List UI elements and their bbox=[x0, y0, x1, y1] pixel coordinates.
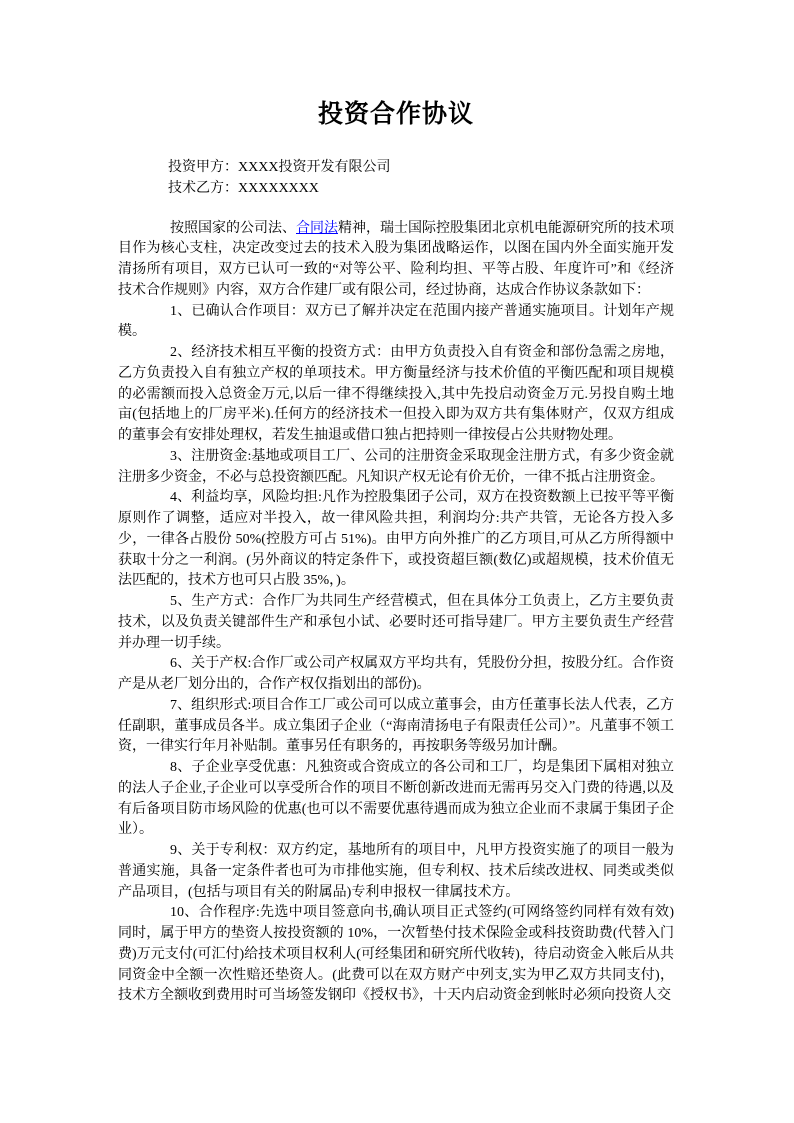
party-a-line: 投资甲方：XXXX投资开发有限公司 bbox=[168, 158, 674, 179]
clause-2-paragraph: 2、经济技术相互平衡的投资方式：由甲方负责投入自有资金和部份急需之房地，乙方负责… bbox=[118, 343, 674, 447]
intro-paragraph: 按照国家的公司法、合同法精神，瑞士国际控股集团北京机电能源研究所的技术项目作为核… bbox=[118, 219, 674, 302]
party-b-line: 技术乙方：XXXXXXXX bbox=[168, 179, 674, 200]
clause-7-paragraph: 7、组织形式:项目合作工厂或公司可以成立董事会，由方任董事长法人代表，乙方任副职… bbox=[118, 696, 674, 758]
clause-9-paragraph: 9、关于专利权：双方约定，基地所有的项目中，凡甲方投资实施了的项目一般为普通实施… bbox=[118, 841, 674, 903]
intro-text-before-link: 按照国家的公司法、 bbox=[170, 221, 296, 236]
clause-1-paragraph: 1、已确认合作项目：双方已了解并决定在范围内接产普通实施项目。计划年产规模。 bbox=[118, 302, 674, 344]
clause-3-paragraph: 3、注册资金:基地或项目工厂、公司的注册资金采取现金注册方式，有多少资金就注册多… bbox=[118, 447, 674, 489]
document-body: 按照国家的公司法、合同法精神，瑞士国际控股集团北京机电能源研究所的技术项目作为核… bbox=[118, 219, 674, 1008]
clause-6-paragraph: 6、关于产权:合作厂或公司产权属双方平均共有，凭股份分担，按股分红。合作资产是从… bbox=[118, 654, 674, 696]
contract-law-link[interactable]: 合同法 bbox=[296, 221, 338, 236]
clause-8-paragraph: 8、子企业享受优惠：凡独资或合资成立的各公司和工厂，均是集团下属相对独立的法人子… bbox=[118, 758, 674, 841]
document-page: 投资合作协议 投资甲方：XXXX投资开发有限公司 技术乙方：XXXXXXXX 按… bbox=[0, 0, 794, 1123]
clause-5-paragraph: 5、生产方式：合作厂为共同生产经营模式，但在具体分工负责上，乙方主要负责技术，以… bbox=[118, 592, 674, 654]
document-title: 投资合作协议 bbox=[118, 98, 674, 132]
clause-4-paragraph: 4、利益均享，风险均担:凡作为控股集团子公司，双方在投资数额上已按平等平衡原则作… bbox=[118, 488, 674, 592]
clause-10-paragraph: 10、合作程序:先选中项目签意向书,确认项目正式签约(可网络签约同样有效有效)同… bbox=[118, 903, 674, 1007]
parties-block: 投资甲方：XXXX投资开发有限公司 技术乙方：XXXXXXXX bbox=[118, 158, 674, 200]
